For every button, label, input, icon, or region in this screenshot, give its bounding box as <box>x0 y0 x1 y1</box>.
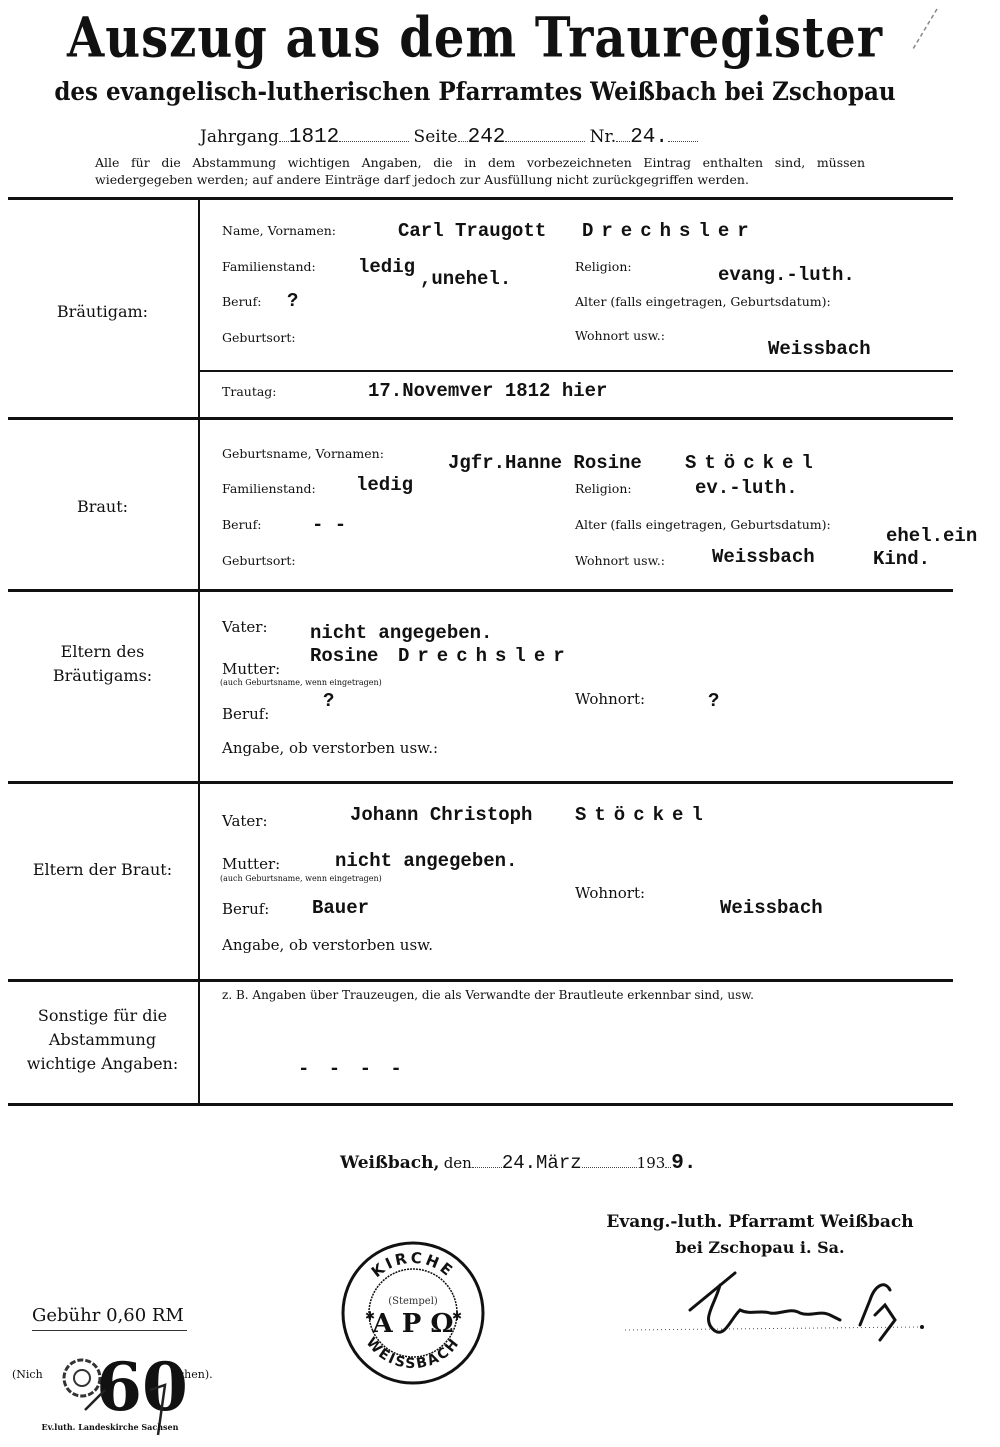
rule-top <box>8 197 953 200</box>
nr-value: 24. <box>630 126 668 149</box>
rule-wedding <box>200 370 953 372</box>
pencil-mark-icon <box>905 5 945 55</box>
bride-parents-residence-value: Weissbach <box>720 897 823 919</box>
svg-text:✱: ✱ <box>452 1309 462 1323</box>
bride-name-given: Jgfr.Hanne Rosine <box>448 452 642 474</box>
svg-text:WEISSBACH: WEISSBACH <box>363 1335 463 1373</box>
stamp-center-symbol: A P Ω <box>372 1309 454 1339</box>
groom-status-value: ledig <box>358 256 415 278</box>
svg-text:KIRCHE: KIRCHE <box>368 1249 458 1282</box>
groom-parents-occupation-value: ? <box>323 690 334 712</box>
bride-religion-value: ev.-luth. <box>695 477 798 499</box>
groom-residence-value: Weissbach <box>768 338 871 360</box>
instruction-notice: Alle für die Abstammung wichtigen Angabe… <box>95 154 865 188</box>
stamp-bottom-text: WEISSBACH <box>363 1335 463 1373</box>
office-line-2: bei Zschopau i. Sa. <box>590 1238 930 1257</box>
groom-mother-label: Mutter: <box>222 660 280 678</box>
groom-status-extra: ,unehel. <box>420 268 511 290</box>
reference-row: Jahrgang1812 Seite242 Nr.24. <box>200 126 698 149</box>
bride-parents-residence-label: Wohnort: <box>575 884 645 902</box>
groom-parents-section-label: Eltern des Bräutigams: <box>10 640 195 688</box>
bride-age-value: ehel.ein <box>886 525 977 547</box>
bride-birthplace-label: Geburtsort: <box>222 553 296 568</box>
bride-name-family: Stöckel <box>685 452 821 474</box>
bride-age-label: Alter (falls eingetragen, Geburtsdatum): <box>575 517 831 532</box>
groom-parents-residence-label: Wohnort: <box>575 690 645 708</box>
groom-section-label: Bräutigam: <box>10 300 195 324</box>
bride-residence-extra: Kind. <box>873 548 930 570</box>
bride-section-label: Braut: <box>10 495 195 519</box>
other-value: - - - - <box>298 1058 406 1080</box>
bride-religion-label: Religion: <box>575 481 632 496</box>
document-title: Auszug aus dem Trauregister <box>0 6 950 70</box>
bride-residence-value: Weissbach <box>712 546 815 568</box>
groom-status-label: Familienstand: <box>222 259 316 274</box>
date-value: 24.März <box>502 1152 582 1174</box>
other-label-line-1: Sonstige für die <box>10 1004 195 1028</box>
bride-mother-note: (auch Geburtsname, wenn eingetragen) <box>220 874 382 883</box>
year-prefix: 193 <box>637 1154 666 1172</box>
groom-parents-label-line-2: Bräutigams: <box>10 664 195 688</box>
bride-status-label: Familienstand: <box>222 481 316 496</box>
groom-parents-residence-value: ? <box>708 690 719 712</box>
groom-parents-deceased-label: Angabe, ob verstorben usw.: <box>222 739 438 757</box>
bride-mother-value: nicht angegeben. <box>335 850 517 872</box>
fee-revenue-stamp-icon: 60 Ev.luth. Landeskirche Sachsen <box>30 1340 200 1440</box>
wedding-date-label: Trautag: <box>222 384 277 399</box>
groom-occupation-label: Beruf: <box>222 294 261 309</box>
office-line-1: Evang.-luth. Pfarramt Weißbach <box>590 1212 930 1232</box>
place-date-line: Weißbach, den24.März1939. <box>340 1152 697 1175</box>
groom-parents-occupation-label: Beruf: <box>222 705 269 723</box>
bride-parents-occupation-value: Bauer <box>312 897 369 919</box>
groom-residence-label: Wohnort usw.: <box>575 328 665 343</box>
jahrgang-value: 1812 <box>289 126 339 149</box>
bride-parents-deceased-label: Angabe, ob verstorben usw. <box>222 936 433 954</box>
other-hint: z. B. Angaben über Trauzeugen, die als V… <box>222 988 754 1002</box>
bride-parents-section-label: Eltern der Braut: <box>10 858 195 882</box>
jahrgang-label: Jahrgang <box>200 127 279 147</box>
rule-bride-parents-end <box>8 979 953 982</box>
church-seal-icon: KIRCHE WEISSBACH ✱ ✱ A P Ω (Stempel) <box>340 1240 486 1386</box>
bride-father-label: Vater: <box>222 812 268 830</box>
groom-occupation-value: ? <box>287 290 298 312</box>
groom-religion-value: evang.-luth. <box>718 264 855 286</box>
groom-age-label: Alter (falls eingetragen, Geburtsdatum): <box>575 294 831 309</box>
groom-name-label: Name, Vornamen: <box>222 223 336 238</box>
wedding-date-value: 17.Novemver 1812 hier <box>368 380 607 402</box>
bride-residence-label: Wohnort usw.: <box>575 553 665 568</box>
bride-occupation-value: - - <box>312 514 346 536</box>
document-subtitle: des evangelisch-lutherischen Pfarramtes … <box>0 77 950 107</box>
other-label-line-2: Abstammung <box>10 1028 195 1052</box>
groom-mother-note: (auch Geburtsname, wenn eingetragen) <box>220 678 382 687</box>
stamp-top-text: KIRCHE <box>368 1249 458 1282</box>
groom-mother-given: Rosine <box>310 645 378 667</box>
bride-status-value: ledig <box>356 474 413 496</box>
den-label: den <box>444 1154 472 1172</box>
groom-birthplace-label: Geburtsort: <box>222 330 296 345</box>
bride-name-label: Geburtsname, Vornamen: <box>222 446 384 461</box>
bride-occupation-label: Beruf: <box>222 517 261 532</box>
place-label: Weißbach, <box>340 1153 439 1173</box>
other-section-label: Sonstige für die Abstammung wichtige Ang… <box>10 1004 195 1076</box>
bride-parents-occupation-label: Beruf: <box>222 900 269 918</box>
groom-religion-label: Religion: <box>575 259 632 274</box>
bride-father-family: Stöckel <box>575 804 711 826</box>
other-label-line-3: wichtige Angaben: <box>10 1052 195 1076</box>
fee-stamp-value: 60 <box>96 1348 188 1426</box>
groom-name-given: Carl Traugott <box>398 220 546 242</box>
groom-mother-family: Drechsler <box>398 645 573 667</box>
seite-label: Seite <box>414 127 458 147</box>
rule-groom-parents-end <box>8 781 953 784</box>
groom-father-label: Vater: <box>222 618 268 636</box>
rule-groom-end <box>8 417 953 420</box>
groom-father-value: nicht angegeben. <box>310 622 492 644</box>
bride-mother-label: Mutter: <box>222 855 280 873</box>
stamp-center-note: (Stempel) <box>388 1296 438 1307</box>
fee-text: Gebühr 0,60 RM <box>32 1305 187 1331</box>
nr-label: Nr. <box>590 127 617 147</box>
column-divider <box>198 199 200 1106</box>
rule-bottom <box>8 1103 953 1106</box>
year-suffix: 9. <box>671 1152 696 1175</box>
fee-stamp-caption: Ev.luth. Landeskirche Sachsen <box>42 1422 179 1432</box>
pastor-signature <box>620 1265 940 1355</box>
rule-bride-end <box>8 589 953 592</box>
bride-father-given: Johann Christoph <box>350 804 532 826</box>
groom-parents-label-line-1: Eltern des <box>10 640 195 664</box>
groom-name-family: Drechsler <box>582 220 757 242</box>
seite-value: 242 <box>468 126 506 149</box>
